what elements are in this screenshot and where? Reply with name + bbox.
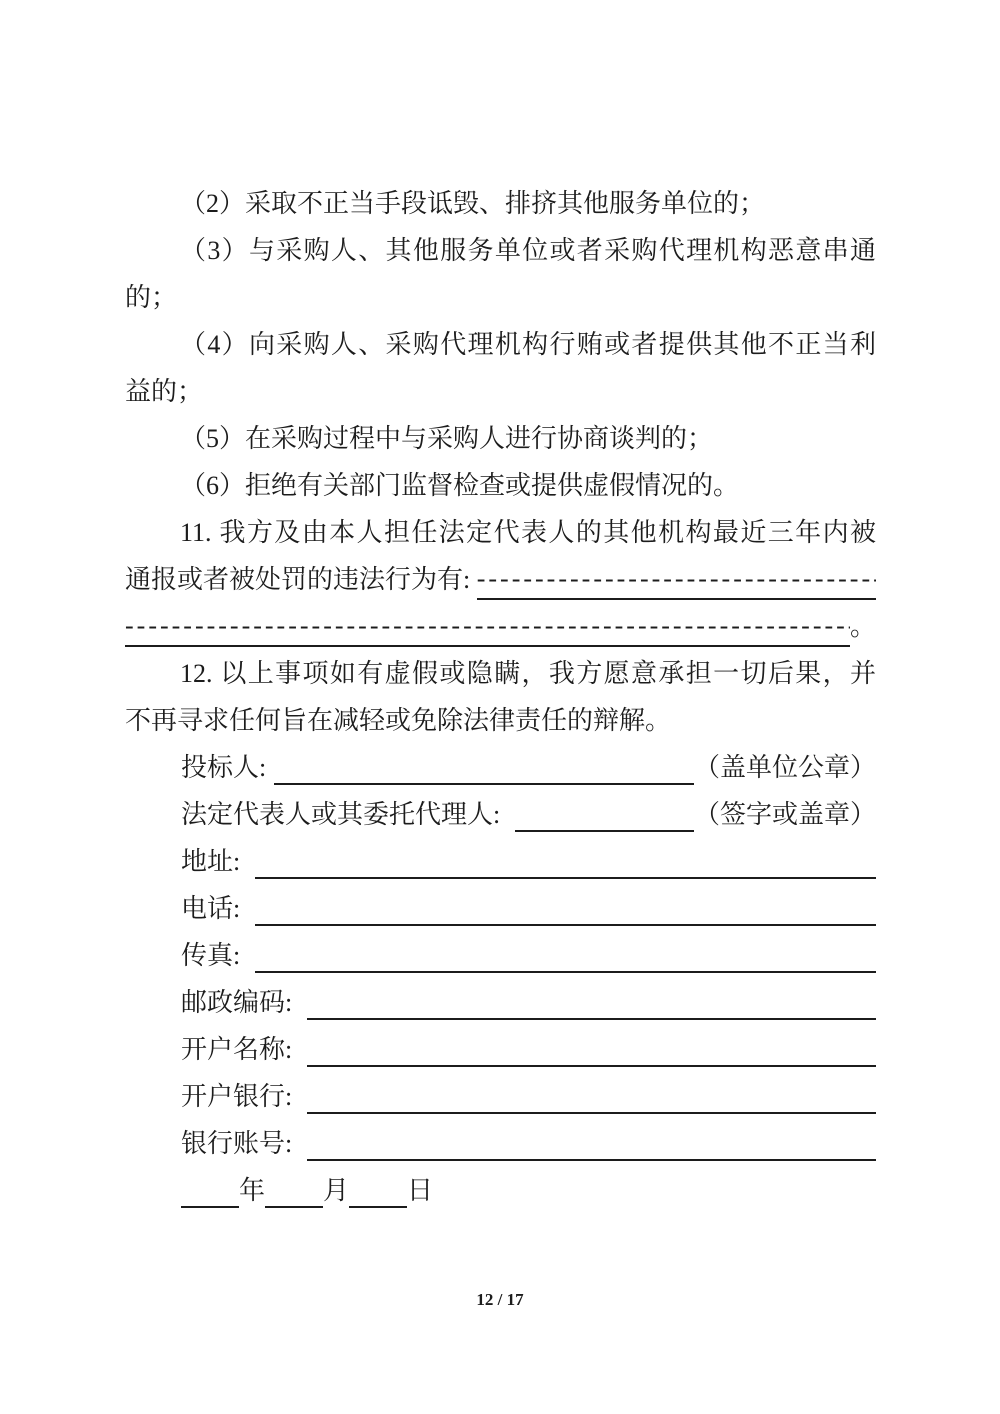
date-year-blank [181, 1167, 239, 1208]
clause-3-line-1: （3）与采购人、其他服务单位或者采购代理机构恶意串通 [125, 227, 876, 274]
account-name-label: 开户名称: [181, 1026, 299, 1073]
date-month-label: 月 [323, 1167, 349, 1214]
account-name-blank [307, 1026, 876, 1067]
bidder-name-blank [274, 744, 694, 785]
clause-11-line-1: 11. 我方及由本人担任法定代表人的其他机构最近三年内被 [125, 509, 876, 556]
postal-code-row: 邮政编码: [125, 979, 876, 1026]
clause-11-line-3: ----------------------------------------… [125, 603, 876, 650]
bank-account-label: 银行账号: [181, 1120, 299, 1167]
address-blank [255, 838, 876, 879]
bank-row: 开户银行: [125, 1073, 876, 1120]
clause-2-text: （2）采取不正当手段诋毁、排挤其他服务单位的； [125, 180, 876, 227]
date-year-label: 年 [239, 1167, 265, 1214]
clause-11-period: 。 [850, 603, 876, 650]
fax-blank [255, 932, 876, 973]
postal-code-label: 邮政编码: [181, 979, 299, 1026]
fax-row: 传真: [125, 932, 876, 979]
clause-11-line-2: 通报或者被处罚的违法行为有: -------------------------… [125, 556, 876, 603]
clause-12-line-1: 12. 以上事项如有虚假或隐瞒，我方愿意承担一切后果，并 [125, 650, 876, 697]
phone-blank [255, 885, 876, 926]
violations-blank-line-1: ----------------------------------------… [477, 557, 876, 600]
representative-label: 法定代表人或其委托代理人: [181, 791, 507, 838]
bidder-row: 投标人: （盖单位公章） [125, 744, 876, 791]
bidder-seal-note: （盖单位公章） [694, 744, 876, 791]
page-number: 12 / 17 [0, 1290, 1000, 1310]
clause-5-text: （5）在采购过程中与采购人进行协商谈判的； [125, 415, 876, 462]
clause-6-text: （6）拒绝有关部门监督检查或提供虚假情况的。 [125, 462, 876, 509]
representative-signature-blank [515, 791, 694, 832]
bank-account-row: 银行账号: [125, 1120, 876, 1167]
bank-blank [307, 1073, 876, 1114]
clause-12-line-2: 不再寻求任何旨在减轻或免除法律责任的辩解。 [125, 697, 876, 744]
date-day-label: 日 [407, 1167, 433, 1214]
phone-label: 电话: [181, 885, 247, 932]
representative-row: 法定代表人或其委托代理人: （签字或盖章） [125, 791, 876, 838]
clause-3-line-2: 的； [125, 274, 876, 321]
clause-4-line-2: 益的； [125, 368, 876, 415]
address-row: 地址: [125, 838, 876, 885]
violations-blank-line-2: ----------------------------------------… [125, 604, 850, 647]
bank-label: 开户银行: [181, 1073, 299, 1120]
date-row: 年 月 日 [125, 1167, 876, 1214]
bidder-label: 投标人: [181, 744, 266, 791]
document-page: （2）采取不正当手段诋毁、排挤其他服务单位的； （3）与采购人、其他服务单位或者… [0, 0, 1000, 1414]
bank-account-blank [307, 1120, 876, 1161]
postal-code-blank [307, 979, 876, 1020]
document-body: （2）采取不正当手段诋毁、排挤其他服务单位的； （3）与采购人、其他服务单位或者… [125, 180, 876, 1214]
clause-11-line-2-label: 通报或者被处罚的违法行为有: [125, 556, 477, 603]
fax-label: 传真: [181, 932, 247, 979]
representative-seal-note: （签字或盖章） [694, 791, 876, 838]
date-day-blank [349, 1167, 407, 1208]
address-label: 地址: [181, 838, 247, 885]
phone-row: 电话: [125, 885, 876, 932]
clause-4-line-1: （4）向采购人、采购代理机构行贿或者提供其他不正当利 [125, 321, 876, 368]
date-month-blank [265, 1167, 323, 1208]
account-name-row: 开户名称: [125, 1026, 876, 1073]
